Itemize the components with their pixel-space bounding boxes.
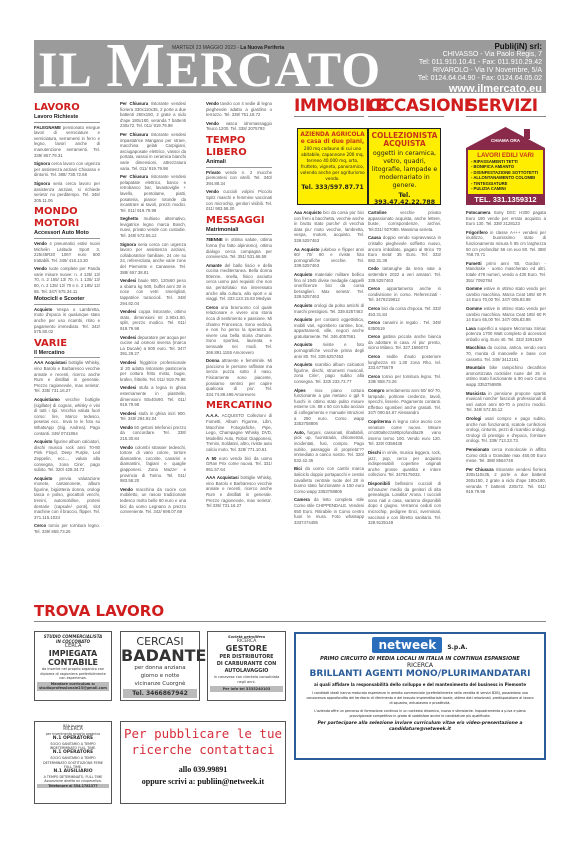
classified-ad: Vendesi coppa ristorante, ottimo stato, … (120, 309, 186, 331)
column-occasione: Cartoline vecchie privato appassionato a… (368, 210, 441, 529)
column-lavoro: LAVORO Lavoro Richieste FALEGNAME pensio… (34, 99, 100, 538)
classified-ad: Bici da uomo con cambi marca italiciclo … (294, 466, 364, 494)
column-3: Vendo tavolo con 4 sedie di legno pieghe… (206, 101, 272, 512)
occasione-display-ad: COLLEZIONISTA ACQUISTA oggetti in cerami… (368, 128, 441, 205)
classified-ad: Cerco gattina piccola anche bianca da ad… (368, 334, 441, 351)
classified-ad: Compro arredamento anni 50/ 60/ 70, lamp… (368, 388, 441, 416)
classified-ad: Aaa Acquisto bici da corsa piu' bici con… (294, 210, 364, 244)
classified-ad: Cerco una brav'uomo col quale relazionar… (206, 305, 272, 355)
phone-number[interactable]: Telefonare al 334.1781377 (37, 784, 109, 788)
classified-ad: AAA Acquistasi bottiglie Whisky, vino Ba… (206, 475, 272, 509)
classified-ad: Cedo tartarughe da terra nate a settembr… (368, 266, 441, 283)
classified-ad: Auto, furgoni, cassonati, ribaltabili, p… (294, 430, 364, 464)
column-servizi: Fotocamera Sony DSC H300 pagata Euro 180… (466, 210, 546, 498)
classified-ad: Cartoline vecchie privato appassionato a… (368, 210, 441, 232)
section-title-immobile: IMMOBILE (294, 96, 364, 117)
classified-ad: Privato vende n. 2 mucche piemontesi con… (206, 170, 272, 187)
servizi-display-ad: CHIAMA ORA LAVORI EDILI VARI - RIPASSAME… (466, 126, 545, 206)
classified-ad: A 50 euro vendo bici da uomo GRan Prix c… (206, 456, 272, 473)
classified-ad: Causa doppio vendo sopravvasca in crista… (368, 235, 441, 263)
classified-ad: Vendo 4 pneumatici estivi nuovi Michelin… (34, 241, 100, 263)
classified-ad: AAA Acquistasi bottiglie Whisky, vino Ba… (34, 360, 100, 394)
classified-ad: Vendesi stufa a legna in ghisa estername… (120, 385, 186, 407)
classified-ad: FALEGNAME pensionato esegue lavori di ve… (34, 125, 100, 159)
classified-ad: Aa Acquisto jukebox e flipper anni 60/ 7… (294, 247, 364, 269)
phone-number[interactable]: Tel. 3466867942 (123, 689, 197, 698)
classified-ad: Seghetto multiuso alternativo, levigatri… (120, 216, 186, 238)
section-title-occasione: OCCASIONE (368, 96, 444, 117)
masthead: IL MERCATO MARTEDÌ 23 MAGGIO 2023 - La N… (34, 40, 546, 93)
classified-ad: Vendo vasca idromassaggio Teuco 1200. Te… (206, 121, 272, 132)
phone-number[interactable]: Per info tel 3335240103 (210, 686, 283, 692)
classified-ad: Vendesi friggitrice professionale 1l 20 … (120, 360, 186, 382)
column-2: Per Chiusura ristorante vendesi fioriera… (120, 101, 186, 518)
classified-ad: Pensionato cerca monolocale in affitto C… (466, 447, 546, 464)
section-title-varie: VARIE (34, 338, 100, 350)
classified-ad: Fotocamera Sony DSC H300 pagata Euro 180… (466, 210, 546, 227)
subsection-title: Lavoro Richieste (34, 115, 100, 123)
classified-ad: Vendesi stufa in ghisa inizi 900. Tel. 3… (120, 411, 186, 422)
classified-ad: Acquisto orologi da polso antichi di mar… (294, 303, 364, 314)
classified-ad: Disponibili bellissimi cuccioli di schna… (368, 481, 441, 526)
classified-ad: Acquisto Vespa o Lambretta, moto d'epoca… (34, 307, 100, 335)
section-title-servizi: SERVIZI (466, 96, 546, 117)
classified-ad: Gomme estive in ottimo stato vendo per c… (466, 286, 546, 303)
classified-ad: Frigorifero in classe A+++ vendesi per i… (466, 230, 546, 258)
classified-ad: Per Chiusura ristorante vendesi impastat… (120, 132, 186, 171)
classified-ad: Vendo ruote complete per Panda varie mis… (34, 266, 100, 294)
classified-ad: Alpes inox piano cottura funzionante a g… (294, 388, 364, 427)
classified-ad: Acquisto scambio album calciatori figuri… (294, 362, 364, 384)
classified-ad: Cerco canarini in regalo . Tel. 349/ 635… (368, 320, 441, 331)
classified-ad: Copriterma in legno color avorio con ven… (368, 419, 441, 447)
classified-ad: Signora seria cerca con urgenza lavoro p… (120, 242, 186, 276)
classified-ad: Acquisto riviste e foto pornografiche ve… (294, 342, 364, 359)
classified-ad: Acquistiamo vecchie bottiglie (sigillate… (34, 397, 100, 436)
classified-ad: Orologi usati compro e pago subito, anch… (466, 416, 546, 444)
classified-ad: Fumetti primi anni '60, Gordon - Mandrak… (466, 261, 546, 283)
classified-ad: Signora cerca lavoro con urgenza per ass… (34, 161, 100, 178)
classified-ad: Lava superfici a vapore Micromax Simac p… (466, 326, 546, 343)
section-title-trova-lavoro: TROVA LAVORO (34, 602, 546, 622)
classified-ad: Vendo 50 gettoni telefonici prezzo da co… (120, 425, 186, 442)
classified-ad: Mountain bike rampichino decathlon ammor… (466, 365, 546, 387)
subsection-title: Motocicli e Scooter (34, 297, 100, 305)
subsection-title: Accessori Auto Moto (34, 231, 100, 239)
classified-ad: Per Chiusura ristorante vendesi fioriera… (466, 467, 546, 495)
classified-ad: Cerco tornio per tornitura legno. Tel. 3… (34, 523, 100, 534)
immobile-display-ad: AZIENDA AGRICOLA e casa di due piani, 20… (297, 128, 368, 205)
classified-ad: Vendesi depuratore per acqua per cucine … (120, 335, 186, 357)
classified-ad: Cerco appartamento anche in condivisione… (368, 286, 441, 303)
classified-ad: A.A.A. ACQUISTO Collezioni di Fumetti, A… (206, 413, 272, 452)
column-immobile: Aaa Acquisto bici da corsa piu' bici con… (294, 210, 364, 528)
section-title-tempo-libero: TEMPO LIBERO (206, 135, 272, 159)
publisher-info: Publi(iN) srl: CHIVASSO - Via Paolo Regi… (418, 43, 542, 95)
classified-ad: Signora seria cerca lavoro per assistenz… (34, 181, 100, 203)
section-title-lavoro: LAVORO (34, 102, 100, 114)
section-title-messaggi: MESSAGGI (206, 215, 272, 227)
classified-ad: Amante del ballo liscio e della cucina m… (206, 263, 272, 302)
phone-number[interactable]: allo 039.99891 (121, 764, 285, 776)
classified-ad: Donna attraente e femminile. Mi piaccion… (206, 358, 272, 397)
issue-date: MARTEDÌ 23 MAGGIO 2023 - La Nuova Perife… (172, 45, 284, 51)
classified-ad: Vendo tavolo con 4 sedie di legno pieghe… (206, 101, 272, 118)
job-ad-gestore: Società petrolifera RICERCA GESTORE PER … (207, 631, 286, 701)
classified-ad: Camera da letto completa stile Como stil… (294, 497, 364, 525)
classified-ad: Per Chiusura ristorante vendesi pelapata… (120, 174, 186, 213)
classified-ad: Vendo cuccioli volpini Piccolo Spitz mas… (206, 189, 272, 211)
section-title-mercatino: MERCATINO (206, 400, 272, 412)
house-roof-icon (466, 126, 545, 148)
job-ad-rsa: RSA in zona RICERCA per inserimento prop… (34, 721, 112, 804)
classified-ad: Per Chiusura ristorante vendesi fioriera… (120, 101, 186, 129)
classified-ad: 78ENNE in ottima salute, ottima forma (h… (206, 237, 272, 259)
website-link[interactable]: www.ilmercato.eu (418, 83, 542, 95)
classified-ad: Gomme estive in ottimo stato vendo per c… (466, 306, 546, 323)
netweek-job-ad: netweek S.p.A. PRIMO CIRCUITO DI MEDIA L… (294, 632, 546, 760)
classified-ad: Vendo macchina da cucire con mobiletto, … (120, 487, 186, 515)
classified-ad: Cerco sedile d'auto posteriore lunghezza… (368, 354, 441, 371)
classified-ad: Acquisto figurine album calciatori, disc… (34, 439, 100, 473)
classified-ad: Vendo colombi strasser tedeschi, tortore… (120, 445, 186, 484)
classified-ad: Macchina da cucina, antica, vendo euro 7… (466, 345, 546, 362)
classified-ad: Acquisto materiale militare bellico fino… (294, 272, 364, 300)
email-link[interactable]: candidature@netweek.it (296, 727, 544, 733)
subsection-title: Animali (206, 160, 272, 168)
email-link[interactable]: studioprofessionale23@gmail.com (37, 686, 109, 691)
subsection-title: Il Mercatino (34, 351, 100, 359)
classified-ad: Cerco tornio per tornitura legno. Tel. 3… (368, 374, 441, 385)
subsection-title: Matrimoniali (206, 228, 272, 236)
classified-ad: Musicista in pensione propone spartiti m… (466, 391, 546, 413)
netweek-logo: netweek (372, 637, 442, 653)
email-link[interactable]: oppure scrivi a: publiin@netweek.it (121, 776, 285, 788)
classified-ad: Cerco bici da corsa d'epoca. Tel: 333/ 4… (368, 306, 441, 317)
job-ad-studio-commercialista: STUDIO COMMERCIALISTA IN COCCONATO CERCA… (34, 631, 112, 701)
classified-ad: Dischi in vinile, musica leggera, rock, … (368, 450, 441, 478)
classified-ad: Vendesi baule 900, 120x60 peso a sbarra … (120, 278, 186, 306)
classified-ad: Acquisto previa valutazione monete, cart… (34, 476, 100, 521)
classified-ad: Acquisto per contanti oggettistica, mobi… (294, 317, 364, 339)
section-title-motori: MONDO MOTORI (34, 206, 100, 230)
job-ad-badante: CERCASI BADANTE per donna anziana giorno… (120, 631, 200, 701)
advertise-here-box: Per pubblicare le tue ricerche contattac… (120, 721, 286, 804)
